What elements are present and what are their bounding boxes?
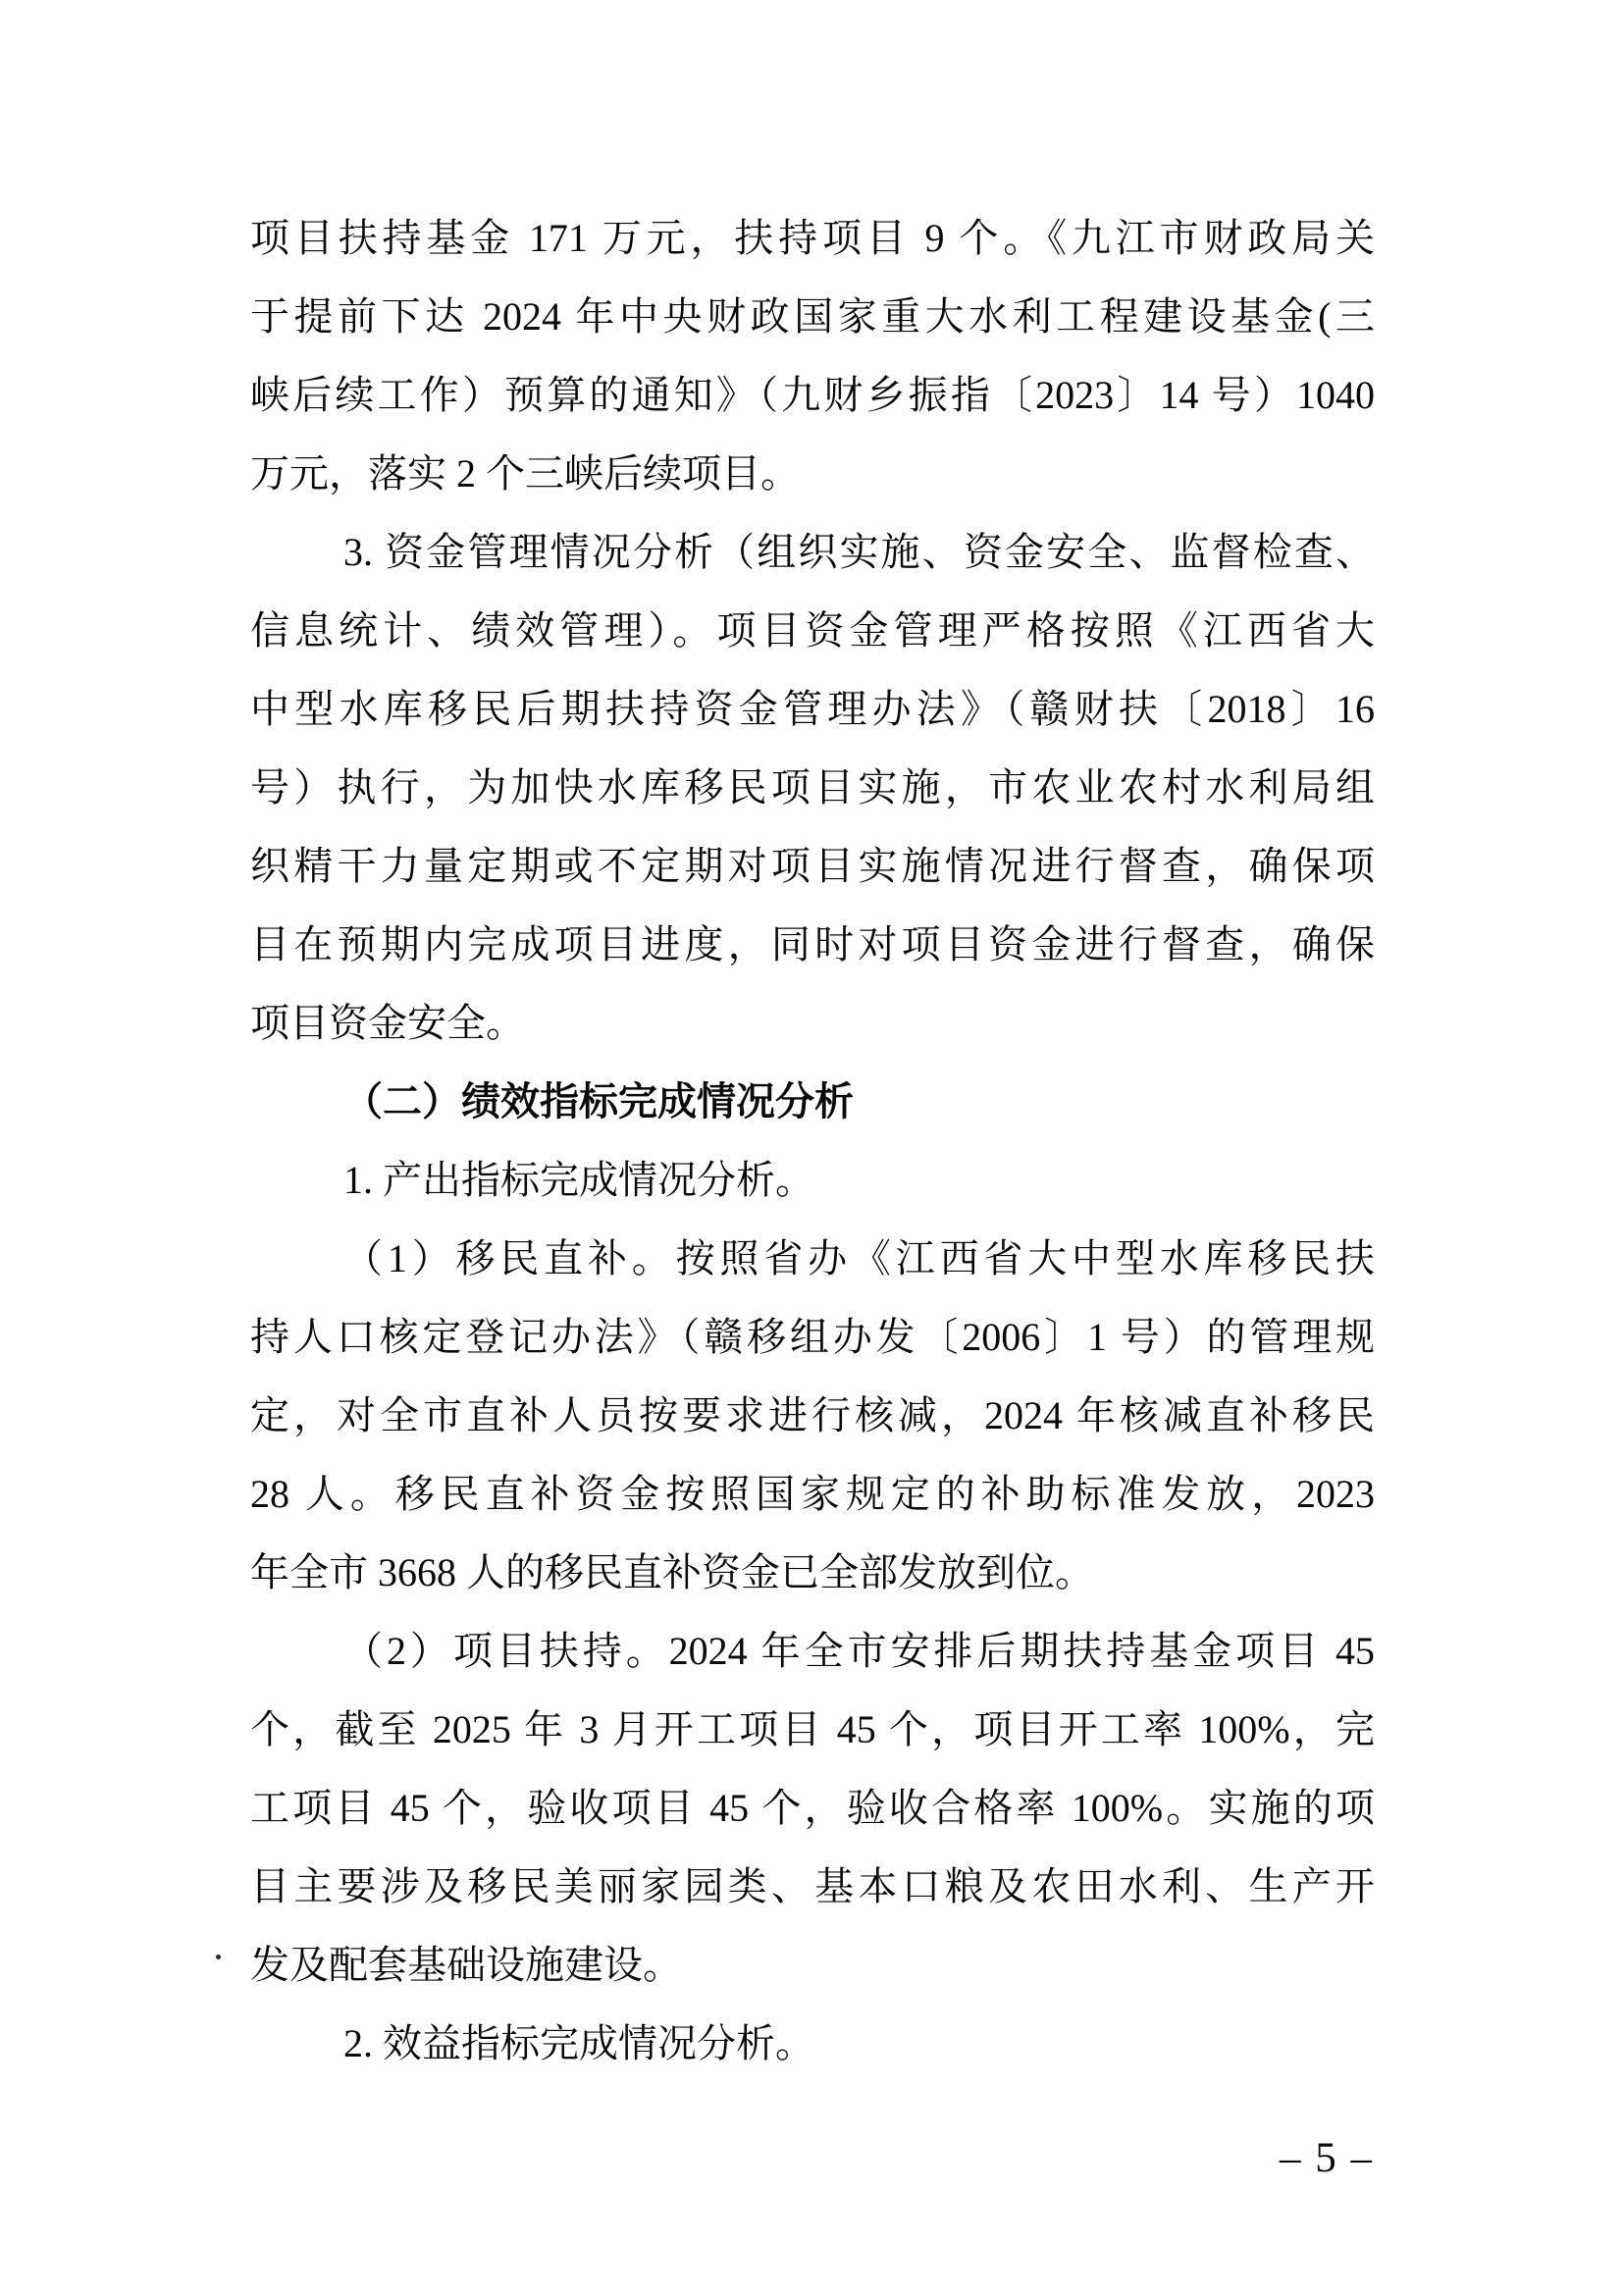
page-number: – 5 – <box>1178 2119 1374 2198</box>
text-line: 年全市 3668 人的移民直补资金已全部发放到位。 <box>250 1534 1375 1612</box>
text-line: 万元，落实 2 个三峡后续项目。 <box>250 435 1375 513</box>
document-body: 项目扶持基金 171 万元，扶持项目 9 个。《九江市财政局关于提前下达 202… <box>250 199 1375 2083</box>
paragraph-benefit-indicator-title: 2. 效益指标完成情况分析。 <box>250 2005 1375 2083</box>
text-line: 定，对全市直补人员按要求进行核减，2024 年核减直补移民 <box>250 1377 1375 1455</box>
text-line: 于提前下达 2024 年中央财政国家重大水利工程建设基金(三 <box>250 278 1375 356</box>
text-line: 中型水库移民后期扶持资金管理办法》（赣财扶〔2018〕16 <box>250 670 1375 749</box>
text-line: 信息统计、绩效管理）。项目资金管理严格按照《江西省大 <box>250 592 1375 670</box>
paragraph-project-support: （2）项目扶持。2024 年全市安排后期扶持基金项目 45个，截至 2025 年… <box>250 1612 1375 2005</box>
text-line: 个，截至 2025 年 3 月开工项目 45 个，项目开工率 100%，完 <box>250 1691 1375 1769</box>
text-line: 工项目 45 个，验收项目 45 个，验收合格率 100%。实施的项 <box>250 1769 1375 1848</box>
paragraph-fund-continuation: 项目扶持基金 171 万元，扶持项目 9 个。《九江市财政局关于提前下达 202… <box>250 199 1375 513</box>
paragraph-fund-management-analysis: 3. 资金管理情况分析（组织实施、资金安全、监督检查、信息统计、绩效管理）。项目… <box>250 513 1375 1063</box>
text-line: 持人口核定登记办法》（赣移组办发〔2006〕1 号）的管理规 <box>250 1298 1375 1377</box>
text-line: 发及配套基础设施建设。 <box>250 1926 1375 2005</box>
heading-performance-indicator-analysis: （二）绩效指标完成情况分析 <box>250 1063 1375 1141</box>
text-line: （二）绩效指标完成情况分析 <box>250 1063 1375 1141</box>
paragraph-migrant-direct-subsidy: （1）移民直补。按照省办《江西省大中型水库移民扶持人口核定登记办法》（赣移组办发… <box>250 1220 1375 1612</box>
text-line: 2. 效益指标完成情况分析。 <box>250 2005 1375 2083</box>
text-line: 目主要涉及移民美丽家园类、基本口粮及农田水利、生产开 <box>250 1848 1375 1926</box>
text-line: 项目扶持基金 171 万元，扶持项目 9 个。《九江市财政局关 <box>250 199 1375 278</box>
text-line: 织精干力量定期或不定期对项目实施情况进行督查，确保项 <box>250 827 1375 906</box>
text-line: （2）项目扶持。2024 年全市安排后期扶持基金项目 45 <box>250 1612 1375 1691</box>
text-line: 峡后续工作）预算的通知》（九财乡振指〔2023〕14 号）1040 <box>250 356 1375 435</box>
paragraph-output-indicator-title: 1. 产出指标完成情况分析。 <box>250 1141 1375 1220</box>
text-line: 3. 资金管理情况分析（组织实施、资金安全、监督检查、 <box>250 513 1375 592</box>
scan-artifact-dot <box>216 1955 221 1959</box>
text-line: 28 人。移民直补资金按照国家规定的补助标准发放，2023 <box>250 1455 1375 1534</box>
text-line: 1. 产出指标完成情况分析。 <box>250 1141 1375 1220</box>
document-page: 项目扶持基金 171 万元，扶持项目 9 个。《九江市财政局关于提前下达 202… <box>0 0 1623 2296</box>
text-line: （1）移民直补。按照省办《江西省大中型水库移民扶 <box>250 1220 1375 1298</box>
text-line: 目在预期内完成项目进度，同时对项目资金进行督查，确保 <box>250 906 1375 984</box>
text-line: 项目资金安全。 <box>250 984 1375 1063</box>
text-line: 号）执行，为加快水库移民项目实施，市农业农村水利局组 <box>250 749 1375 827</box>
